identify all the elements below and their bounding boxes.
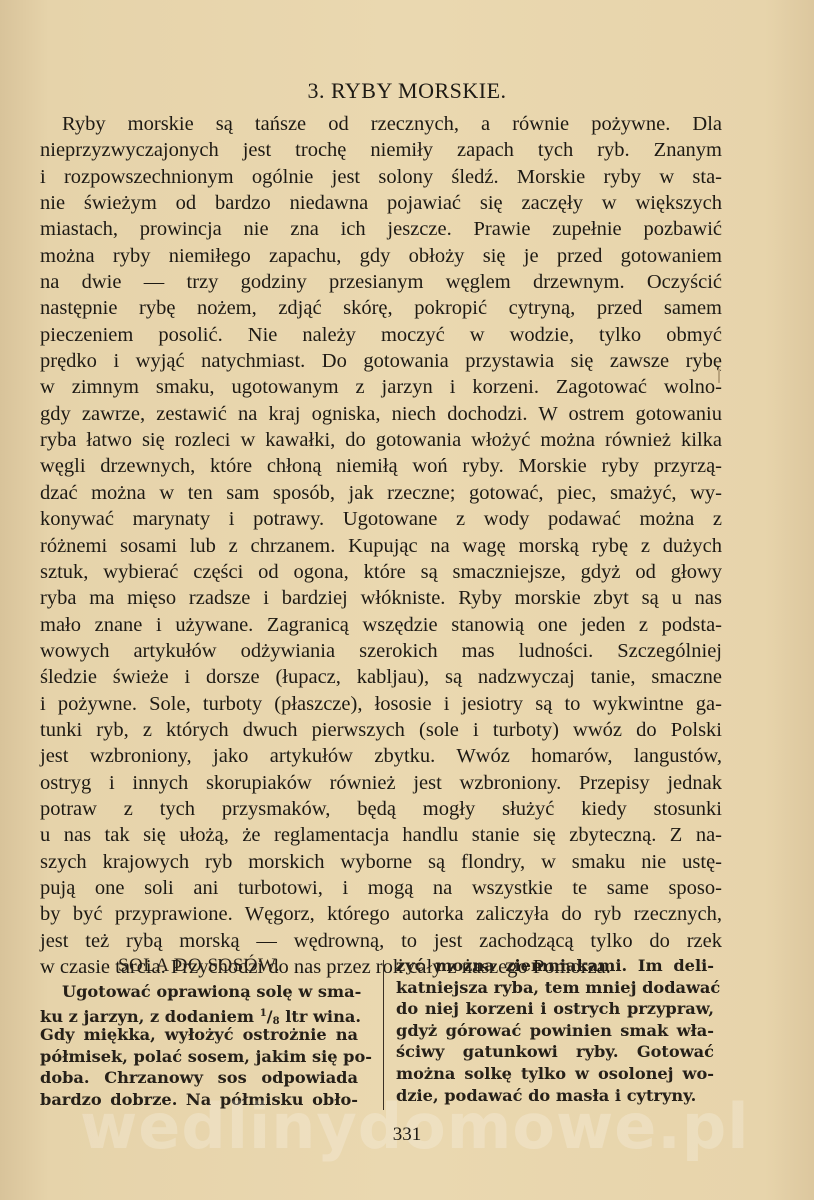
fraction-numerator: 1 <box>260 1008 267 1019</box>
text-line: u nas tak się ułożą, że reglamentacja ha… <box>40 822 722 848</box>
text-line: sztuk, wybierać części od ogona, które s… <box>40 559 722 585</box>
text-fragment: ltr wina. <box>280 1007 361 1026</box>
text-line: pieczeniem posolić. Nie należy moczyć w … <box>40 322 722 348</box>
book-page: 3. RYBY MORSKIE. Ryby morskie są tańsze … <box>0 0 814 1200</box>
text-line: śledzie świeże i dorsze (łupacz, kabljau… <box>40 664 722 690</box>
text-line: różnemi sosami lub z chrzanem. Kupując n… <box>40 533 722 559</box>
recipe-heading: SOLA DO SOSÓW. <box>40 955 358 981</box>
text-line: dzie, podawać do masła i cytryny. <box>396 1085 714 1107</box>
column-divider <box>383 960 384 1110</box>
text-line: żyć można ziemniakami. Im deli- <box>396 955 714 977</box>
text-line: ostryg i innych skorupiaków również jest… <box>40 770 722 796</box>
text-line: ściwy gatunkowi ryby. Gotować <box>396 1041 714 1063</box>
text-line: nieprzyzwyczajonych jest trochę niemiły … <box>40 137 722 163</box>
text-line: dzać można w ten sam sposób, jak rzeczne… <box>40 480 722 506</box>
text-line: miastach, prowincja nie zna ich jeszcze.… <box>40 216 722 242</box>
text-line: jest wzbroniony, jako artykułów zbytku. … <box>40 743 722 769</box>
text-line: prędko i wyjąć natychmiast. Do gotowania… <box>40 348 722 374</box>
text-line: jest też rybą morską — wędrowną, to jest… <box>40 928 722 954</box>
text-line: katniejsza ryba, tem mniej dodawać <box>396 977 714 999</box>
text-line: by być przyprawione. Węgorz, którego aut… <box>40 901 722 927</box>
section-title: 3. RYBY MORSKIE. <box>0 78 814 104</box>
text-line: pują one soli ani turbotowi, i mogą na w… <box>40 875 722 901</box>
text-line: i rozpowszechnionym ogólnie jest solony … <box>40 164 722 190</box>
text-line: Gdy miękka, wyłożyć ostrożnie na <box>40 1024 358 1046</box>
text-line: w zimnym smaku, ugotowanym z jarzyn i ko… <box>40 374 722 400</box>
text-line: gdy zawrze, zestawić na kraj ogniska, ni… <box>40 401 722 427</box>
text-line: potraw z tych przysmaków, będą mogły słu… <box>40 796 722 822</box>
text-line: można ryby niemiłego zapachu, gdy obłoży… <box>40 243 722 269</box>
text-line: doba. Chrzanowy sos odpowiada <box>40 1067 358 1089</box>
text-line: szych krajowych ryb morskich wyborne są … <box>40 849 722 875</box>
body-paragraph: Ryby morskie są tańsze od rzecznych, a r… <box>40 111 722 980</box>
recipe-column-right: żyć można ziemniakami. Im deli- katniejs… <box>396 955 714 1106</box>
text-line: ryba ma mięso rzadsze i bardziej włóknis… <box>40 585 722 611</box>
text-line: węgli drzewnych, które chłoną niemiłą wo… <box>40 453 722 479</box>
text-line: do niej korzeni i ostrych przypraw, <box>396 998 714 1020</box>
text-line: ryba łatwo się rozleci w kawałki, do got… <box>40 427 722 453</box>
text-line: następnie rybę nożem, zdjąć skórę, pokro… <box>40 295 722 321</box>
text-line: wowych artykułów odżywiania szerokich ma… <box>40 638 722 664</box>
margin-mark <box>718 369 720 383</box>
text-line: gdyż górować powinien smak wła- <box>396 1020 714 1042</box>
text-line: półmisek, polać sosem, jakim się po- <box>40 1046 358 1068</box>
text-line: bardzo dobrze. Na półmisku obło- <box>40 1089 358 1111</box>
text-line: mało znane i używane. Zagranicą wszędzie… <box>40 612 722 638</box>
recipe-column-left: SOLA DO SOSÓW. Ugotować oprawioną solę w… <box>40 955 358 1111</box>
text-line: Ugotować oprawioną solę w sma- <box>40 981 358 1003</box>
page-number: 331 <box>0 1124 814 1146</box>
text-line: konywać marynaty i potrawy. Ugotowane z … <box>40 506 722 532</box>
text-line: ku z jarzyn, z dodaniem 1/8 ltr wina. <box>40 1003 358 1025</box>
text-line: Ryby morskie są tańsze od rzecznych, a r… <box>40 111 722 137</box>
text-fragment: ku z jarzyn, z dodaniem <box>40 1007 260 1026</box>
text-line: na dwie — trzy godziny przesianym węglem… <box>40 269 722 295</box>
text-line: i pożywne. Sole, turboty (płaszcze), łos… <box>40 691 722 717</box>
text-line: można solkę tylko w osolonej wo- <box>396 1063 714 1085</box>
text-line: nie świeżym od bardzo niedawna pojawiać … <box>40 190 722 216</box>
text-line: tunki ryb, z których dwuch pierwszych (s… <box>40 717 722 743</box>
